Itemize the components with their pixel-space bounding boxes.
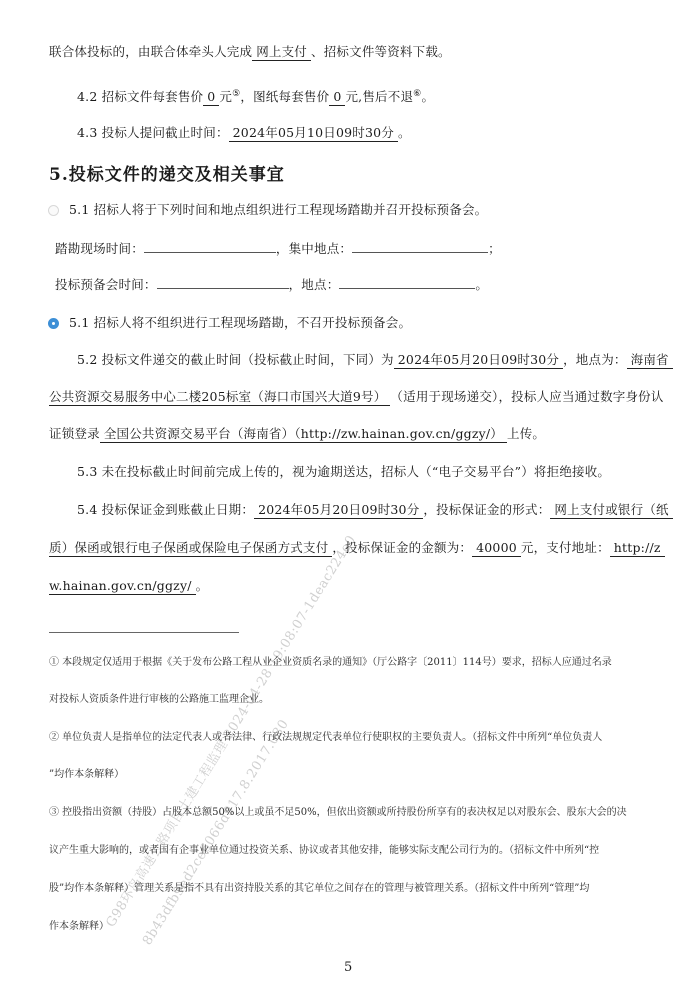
- footnote-3-line4: 作本条解释）: [49, 920, 109, 934]
- label: ，地点：: [289, 277, 340, 292]
- pre-bid-meeting-row: 投标预备会时间：，地点：。: [55, 275, 488, 293]
- clause-5-2-line2: 公共资源交易服务中心二楼205标室（海口市国兴大道9号）（适用于现场递交），投标…: [49, 389, 664, 406]
- clause-5-4-line2: 质）保函或银行电子保函或保险电子保函方式支付，投标保证金的金额为：40000元，…: [49, 540, 665, 557]
- deposit-form-cont: 质）保函或银行电子保函或保险电子保函方式支付: [49, 540, 332, 557]
- label: ，地点为：: [563, 352, 627, 367]
- doc-price: 0: [203, 89, 219, 106]
- label: ，集中地点：: [276, 241, 352, 256]
- payment-url-cont[interactable]: w.hainan.gov.cn/ggzy/: [49, 578, 196, 595]
- footnote-1-line1: ① 本段规定仅适用于根据《关于发布公路工程从业企业资质名录的通知》（厅公路字〔2…: [49, 656, 612, 670]
- deposit-amount: 40000: [472, 540, 521, 557]
- text: 上传。: [507, 426, 545, 441]
- meeting-time-field[interactable]: [157, 275, 289, 289]
- clause-4-2: 4.2 招标文件每套售价0元⑤，图纸每套售价0元,售后不退⑥。: [77, 89, 434, 106]
- footnote-2-line2: ”均作本条解释）: [49, 768, 124, 782]
- text: 元,售后不退: [345, 89, 413, 104]
- label: 4.3 投标人提问截止时间：: [77, 125, 229, 140]
- question-deadline: 2024年05月10日09时30分: [229, 125, 398, 142]
- platform-link[interactable]: 全国公共资源交易平台（海南省）（http://zw.hainan.gov.cn/…: [100, 426, 507, 443]
- label: 元，支付地址：: [521, 540, 610, 555]
- label: ，投标保证金的金额为：: [332, 540, 472, 555]
- text: 联合体投标的，由联合体牵头人完成: [49, 44, 252, 59]
- submission-place-cont: 公共资源交易服务中心二楼205标室（海口市国兴大道9号）: [49, 389, 390, 406]
- section-heading: 5.投标文件的递交及相关事宜: [49, 160, 285, 185]
- footnote-3-line1: ③ 控股指出资额（持股）占股本总额50%以上或虽不足50%，但依出资额或所持股份…: [49, 806, 627, 820]
- deposit-form: 网上支付或银行（纸: [550, 502, 672, 519]
- drawing-price: 0: [329, 89, 345, 106]
- unit: 元: [219, 89, 232, 104]
- label: 踏勘现场时间：: [55, 241, 144, 256]
- clause-5-3: 5.3 未在投标截止时间前完成上传的，视为逾期送达，招标人（“电子交易平台”）将…: [77, 464, 610, 480]
- text: 、招标文件等资料下载。: [311, 44, 451, 59]
- label: 5.4 投标保证金到账截止日期：: [77, 502, 254, 517]
- label: 5.2 投标文件递交的截止时间（投标截止时间，下同）为: [77, 352, 394, 367]
- site-visit-time-field[interactable]: [144, 239, 276, 253]
- text: ，图纸每套售价: [240, 89, 329, 104]
- label: 投标预备会时间：: [55, 277, 157, 292]
- radio-option-no-site-visit[interactable]: [48, 318, 59, 329]
- meeting-place-field[interactable]: [339, 275, 475, 289]
- footnote-divider: [49, 632, 239, 633]
- footnote-2-line1: ② 单位负责人是指单位的法定代表人或者法律、行政法规规定代表单位行使职权的主要负…: [49, 731, 602, 745]
- site-visit-row: 踏勘现场时间：，集中地点：；: [55, 239, 501, 257]
- text: 。: [398, 125, 411, 140]
- radio-option-site-visit[interactable]: [48, 205, 59, 216]
- text: 。: [475, 277, 488, 292]
- submission-deadline: 2024年05月20日09时30分: [394, 352, 563, 369]
- deposit-deadline: 2024年05月20日09时30分: [254, 502, 423, 519]
- page-number: 5: [344, 960, 352, 975]
- clause-4-3: 4.3 投标人提问截止时间：2024年05月10日09时30分。: [77, 125, 411, 142]
- text: 。: [421, 89, 434, 104]
- document-page: G98环岛高速公路项目土建工程监理 2024-04-28 19:08:07-1d…: [0, 0, 700, 990]
- submission-place: 海南省: [627, 352, 673, 369]
- option-b-text: 5.1 招标人将不组织进行工程现场踏勘，不召开投标预备会。: [69, 315, 411, 331]
- clause-5-4-line1: 5.4 投标保证金到账截止日期：2024年05月20日09时30分，投标保证金的…: [77, 502, 673, 519]
- clause-5-2-line3: 证锁登录全国公共资源交易平台（海南省）（http://zw.hainan.gov…: [49, 426, 545, 443]
- text: ；: [488, 241, 501, 256]
- footnote-3-line2: 议产生重大影响的，或者国有企事业单位通过投资关系、协议或者其他安排，能够实际支配…: [49, 844, 599, 858]
- gather-place-field[interactable]: [352, 239, 488, 253]
- text: 证锁登录: [49, 426, 100, 441]
- label: 4.2 招标文件每套售价: [77, 89, 203, 104]
- option-a-text: 5.1 招标人将于下列时间和地点组织进行工程现场踏勘并召开投标预备会。: [69, 202, 487, 218]
- clause-5-4-line3: w.hainan.gov.cn/ggzy/。: [49, 578, 208, 595]
- text: （适用于现场递交），投标人应当通过数字身份认: [390, 389, 663, 404]
- clause-5-2-line1: 5.2 投标文件递交的截止时间（投标截止时间，下同）为2024年05月20日09…: [77, 352, 673, 369]
- payment-url[interactable]: http://z: [610, 540, 665, 557]
- footnote-1-line2: 对投标人资质条件进行审核的公路施工监理企业。: [49, 693, 269, 707]
- footnote-3-line3: 股”均作本条解释）管理关系是指不具有出资持股关系的其它单位之间存在的管理与被管理…: [49, 882, 589, 896]
- joint-bid-line: 联合体投标的，由联合体牵头人完成网上支付、招标文件等资料下载。: [49, 44, 451, 61]
- underlined-value: 网上支付: [252, 44, 311, 61]
- label: ，投标保证金的形式：: [423, 502, 550, 517]
- text: 。: [196, 578, 209, 593]
